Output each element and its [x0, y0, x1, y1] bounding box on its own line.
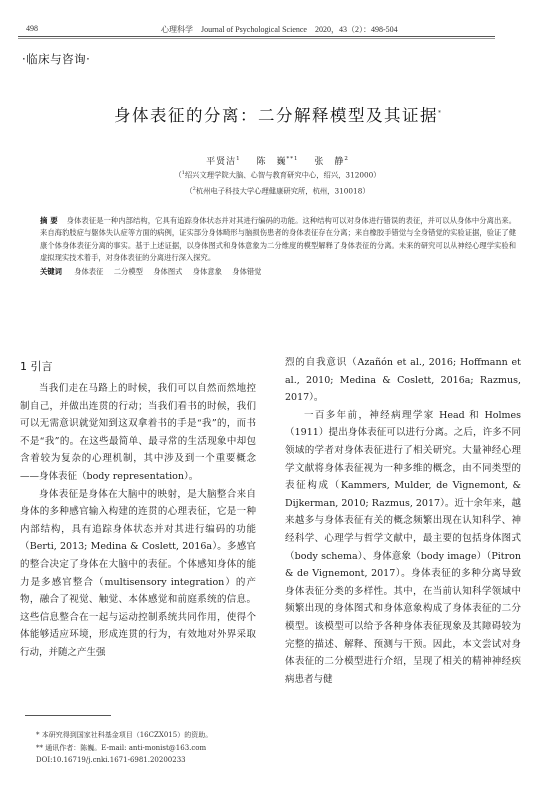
- body-paragraph: 当我们走在马路上的时候，我们可以自然而然地控制自己，并做出连贯的行动；当我们看书…: [20, 380, 256, 486]
- running-header: 498 心理科学 Journal of Psychological Scienc…: [18, 24, 495, 36]
- journal-citation: 心理科学 Journal of Psychological Science 20…: [161, 24, 398, 35]
- affiliation: （2杭州电子科技大学心理健康研究所，杭州，310018）: [0, 186, 555, 196]
- keyword: 身体图式: [153, 267, 182, 276]
- body-column-left: 1 引言 当我们走在马路上的时候，我们可以自然而然地控制自己，并做出连贯的行动；…: [20, 358, 256, 662]
- title-footnote-mark: *: [438, 110, 441, 117]
- keyword: 二分模型: [114, 267, 143, 276]
- keywords: 关键词 身体表征 二分模型 身体图式 身体意象 身体错觉: [40, 267, 516, 277]
- header-rule: [18, 38, 495, 39]
- article-title: 身体表征的分离：二分解释模型及其证据*: [0, 102, 555, 126]
- funding-footnote: * 本研究得到国家社科基金项目（16CZX015）的资助。: [36, 729, 212, 742]
- abstract: 摘要身体表征是一种内部结构，它具有追踪身体状态并对其进行编码的功能。这种结构可以…: [40, 215, 516, 264]
- body-column-right: 烈的自我意识（Azañón et al., 2016; Hoffmann et …: [285, 354, 521, 688]
- corresponding-author-footnote: ** 通讯作者：陈巍。E-mail: anti-monist@163.com: [36, 742, 212, 755]
- body-paragraph: 一百多年前，神经病理学家 Head 和 Holmes（1911）提出身体表征可以…: [285, 407, 521, 689]
- doi: DOI:10.16719/j.cnki.1671-6981.20200233: [36, 754, 212, 767]
- body-paragraph: 身体表征是身体在大脑中的映射，是大脑整合来自身体的多种感官输入构建的连贯的心理表…: [20, 486, 256, 662]
- keyword: 身体表征: [74, 267, 103, 276]
- body-paragraph: 烈的自我意识（Azañón et al., 2016; Hoffmann et …: [285, 354, 521, 407]
- footnote-rule: [25, 715, 111, 716]
- keywords-label: 关键词: [40, 267, 62, 276]
- journal-page: 498 心理科学 Journal of Psychological Scienc…: [0, 0, 555, 802]
- abstract-text: 身体表征是一种内部结构，它具有追踪身体状态并对其进行编码的功能。这种结构可以对身…: [40, 216, 516, 262]
- author: 张 静2: [314, 157, 349, 167]
- author: 陈 巍**1: [256, 157, 298, 167]
- abstract-label: 摘要: [40, 216, 61, 225]
- author-list: 平贤洁1 陈 巍**1 张 静2: [0, 154, 555, 167]
- section-tag: ·临床与咨询·: [22, 51, 90, 67]
- article-title-text: 身体表征的分离：二分解释模型及其证据: [114, 106, 438, 125]
- author: 平贤洁1: [206, 157, 241, 167]
- page-number: 498: [26, 24, 38, 33]
- header-rule: [18, 36, 495, 37]
- affiliation: （1绍兴文理学院大脑、心智与教育研究中心，绍兴，312000）: [0, 170, 555, 180]
- section-heading: 1 引言: [20, 358, 256, 376]
- keyword: 身体意象: [193, 267, 222, 276]
- footnotes: * 本研究得到国家社科基金项目（16CZX015）的资助。 ** 通讯作者：陈巍…: [36, 729, 212, 767]
- keyword: 身体错觉: [232, 267, 261, 276]
